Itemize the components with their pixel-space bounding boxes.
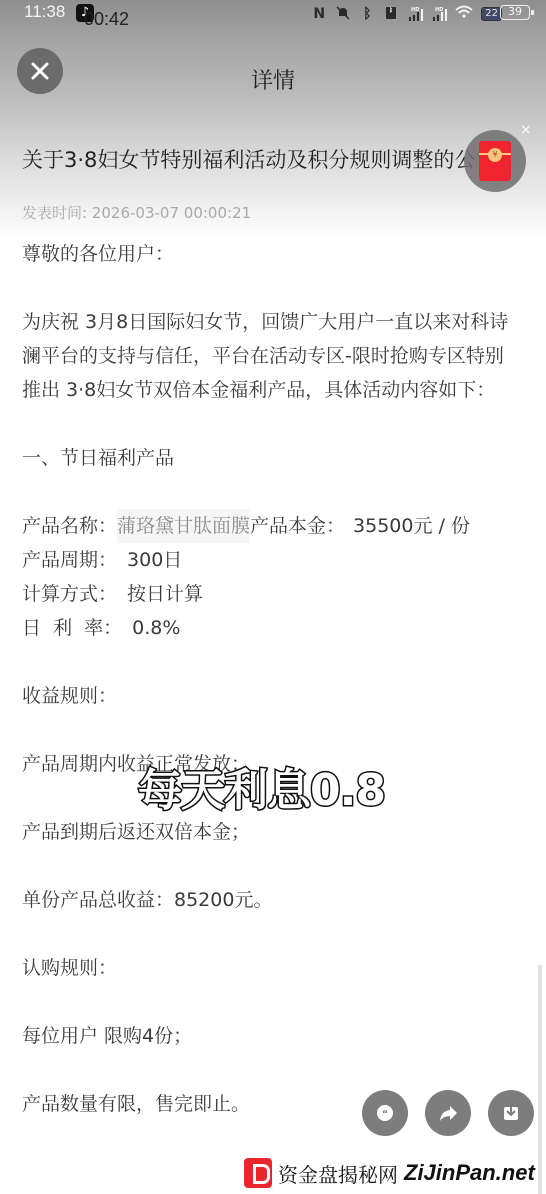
publish-time-label: 发表时间: <box>22 204 87 222</box>
daily-rate-row: 日 利 率： 0.8% <box>22 611 522 645</box>
product-name-value: 蒲珞黛甘肽面膜 <box>117 509 250 543</box>
watermark-cn: 资金盘揭秘网 <box>278 1159 398 1188</box>
quote-button[interactable]: “ <box>362 1090 408 1136</box>
watermark: 资金盘揭秘网 ZiJinPan.net <box>244 1157 535 1189</box>
watermark-en: ZiJinPan.net <box>404 1160 535 1186</box>
status-icons: N ᛒ ᛒ HD HD 22 <box>311 5 502 23</box>
bluetooth-vibrate-icon: ᛒ <box>359 6 375 22</box>
product-name-row: 产品名称： 蒲珞黛甘肽面膜 产品本金： 35500元 / 份 <box>22 509 522 543</box>
article: 关于3·8妇女节特别福利活动及积分规则调整的公告 发表时间: 2026-03-0… <box>22 140 522 1121</box>
rate-label: 日 利 率： <box>22 611 122 645</box>
battery-indicator: 39 <box>500 5 530 20</box>
wifi-speed-badge: 22 <box>481 7 502 21</box>
quote-icon: “ <box>374 1102 396 1124</box>
download-icon <box>500 1102 522 1124</box>
red-envelope-button[interactable]: ¥ <box>464 130 526 192</box>
article-body: 尊敬的各位用户： 为庆祝 3月8日国际妇女节，回馈广大用户一直以来对科诗澜平台的… <box>22 237 522 1121</box>
video-timestamp: 00:42 <box>84 9 129 30</box>
total-earnings: 单份产品总收益：85200元。 <box>22 883 522 917</box>
scrollbar[interactable] <box>538 965 542 1194</box>
red-envelope-icon: ¥ <box>479 141 511 181</box>
status-bar: 11:38 ♪ 00:42 N ᛒ ᛒ HD HD 22 39 <box>0 0 546 30</box>
video-caption-overlay: 每天利息0.8 <box>138 754 385 818</box>
section-heading: 一、节日福利产品 <box>22 441 522 475</box>
calc-label: 计算方式： <box>22 577 117 611</box>
signal-hd-icon: HD <box>407 6 423 22</box>
sim-icon: ᛒ <box>383 6 399 22</box>
intro-paragraph: 为庆祝 3月8日国际妇女节，回馈广大用户一直以来对科诗澜平台的支持与信任，平台在… <box>22 305 522 407</box>
purchase-rules-heading: 认购规则： <box>22 951 522 985</box>
close-red-envelope-icon[interactable]: × <box>520 122 532 138</box>
principal-label: 产品本金： <box>250 509 345 543</box>
svg-text:ᛒ: ᛒ <box>389 7 393 14</box>
watermark-logo-icon <box>244 1158 272 1188</box>
calc-method-row: 计算方式： 按日计算 <box>22 577 522 611</box>
greeting: 尊敬的各位用户： <box>22 237 522 271</box>
publish-time-value: 2026-03-07 00:00:21 <box>92 204 251 222</box>
period-value: 300日 <box>127 543 182 577</box>
nfc-icon: N <box>311 6 327 22</box>
wifi-icon <box>455 5 473 23</box>
product-name-label: 产品名称： <box>22 509 117 543</box>
page-title: 详情 <box>0 64 546 95</box>
share-button[interactable] <box>425 1090 471 1136</box>
nav-bar: 详情 <box>0 40 546 120</box>
earnings-rules-heading: 收益规则： <box>22 679 522 713</box>
share-arrow-icon <box>437 1102 459 1124</box>
period-label: 产品周期： <box>22 543 117 577</box>
product-period-row: 产品周期： 300日 <box>22 543 522 577</box>
calc-value: 按日计算 <box>127 577 203 611</box>
mute-bell-icon <box>335 6 351 22</box>
purchase-rule-1: 每位用户 限购4份； <box>22 1019 522 1053</box>
principal-value: 35500元 / 份 <box>353 509 470 543</box>
status-time: 11:38 <box>24 2 65 22</box>
svg-text:“: “ <box>382 1109 389 1120</box>
publish-time: 发表时间: 2026-03-07 00:00:21 <box>22 202 522 223</box>
download-button[interactable] <box>488 1090 534 1136</box>
earnings-rule-2: 产品到期后返还双倍本金； <box>22 815 522 849</box>
rate-value: 0.8% <box>132 611 180 645</box>
signal-hd-icon-2: HD <box>431 6 447 22</box>
article-title: 关于3·8妇女节特别福利活动及积分规则调整的公告 <box>22 140 522 180</box>
